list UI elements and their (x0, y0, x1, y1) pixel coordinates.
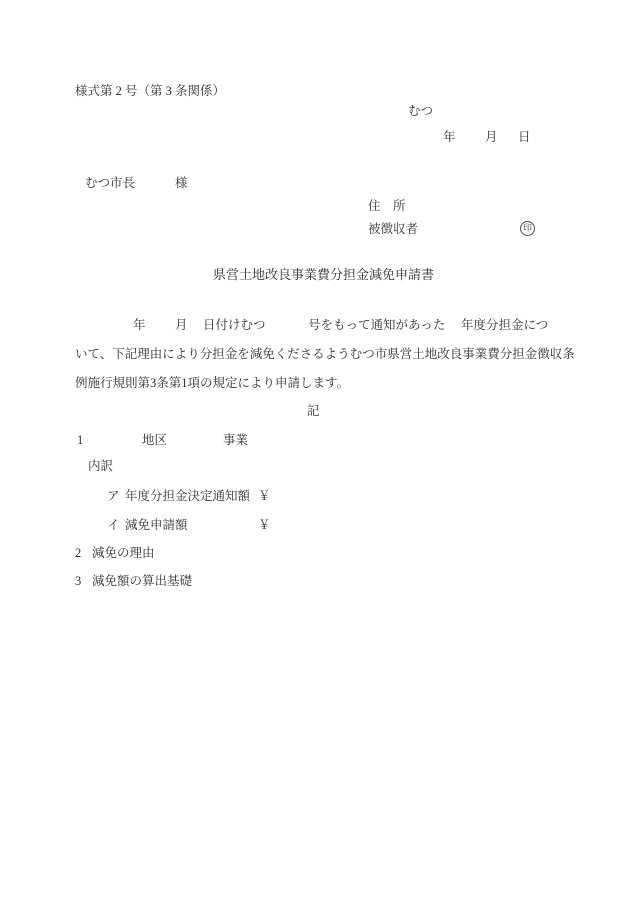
body-line2: いて、下記理由により分担金を減免くださるようむつ市県営土地改良事業費分担金徴収条 (75, 347, 575, 362)
body-year-label: 年 (133, 318, 146, 333)
sub-item-b-label: 減免申請額 (125, 518, 188, 533)
form-number-label: 様式第 2 号（第 3 条関係） (75, 84, 225, 99)
addressee-name: むつ市長 (85, 176, 135, 191)
item1-project-label: 事業 (223, 433, 248, 448)
seal-character: 印 (523, 224, 532, 233)
sub-item-a-currency: ￥ (258, 489, 271, 504)
addressee-honorific: 様 (175, 176, 188, 191)
body-day-phrase: 日付けむつ (203, 318, 266, 333)
item2-number: 2 (75, 546, 81, 561)
payer-label: 被徴収者 (368, 222, 418, 237)
sub-item-a-label: 年度分担金決定通知額 (125, 489, 250, 504)
date-city-prefix: むつ (408, 104, 433, 119)
application-form-page: 様式第 2 号（第 3 条関係） むつ 年 月 日 むつ市長 様 住 所 被徴収… (0, 0, 630, 915)
item3-number: 3 (75, 574, 81, 589)
ki-marker: 記 (307, 404, 320, 419)
body-fiscal-phrase: 年度分担金につ (461, 318, 548, 333)
body-notice-phrase: 号をもって通知があった (308, 318, 445, 333)
body-line3: 例施行規則第3条第1項の規定により申請します。 (75, 376, 349, 391)
date-year-label: 年 (443, 130, 456, 145)
sub-item-a-marker: ア (107, 489, 120, 504)
date-month-label: 月 (485, 130, 498, 145)
breakdown-label: 内訳 (88, 459, 113, 474)
address-label: 住 所 (368, 199, 406, 214)
document-title: 県営土地改良事業費分担金減免申請書 (213, 267, 434, 282)
date-day-label: 日 (518, 130, 531, 145)
item1-number: 1 (77, 433, 83, 448)
seal-mark-icon: 印 (520, 221, 535, 236)
sub-item-b-currency: ￥ (258, 518, 271, 533)
sub-item-b-marker: イ (107, 518, 120, 533)
body-month-label: 月 (175, 318, 188, 333)
item3-label: 減免額の算出基礎 (92, 574, 192, 589)
item1-district-label: 地区 (142, 433, 167, 448)
item2-label: 減免の理由 (92, 546, 155, 561)
